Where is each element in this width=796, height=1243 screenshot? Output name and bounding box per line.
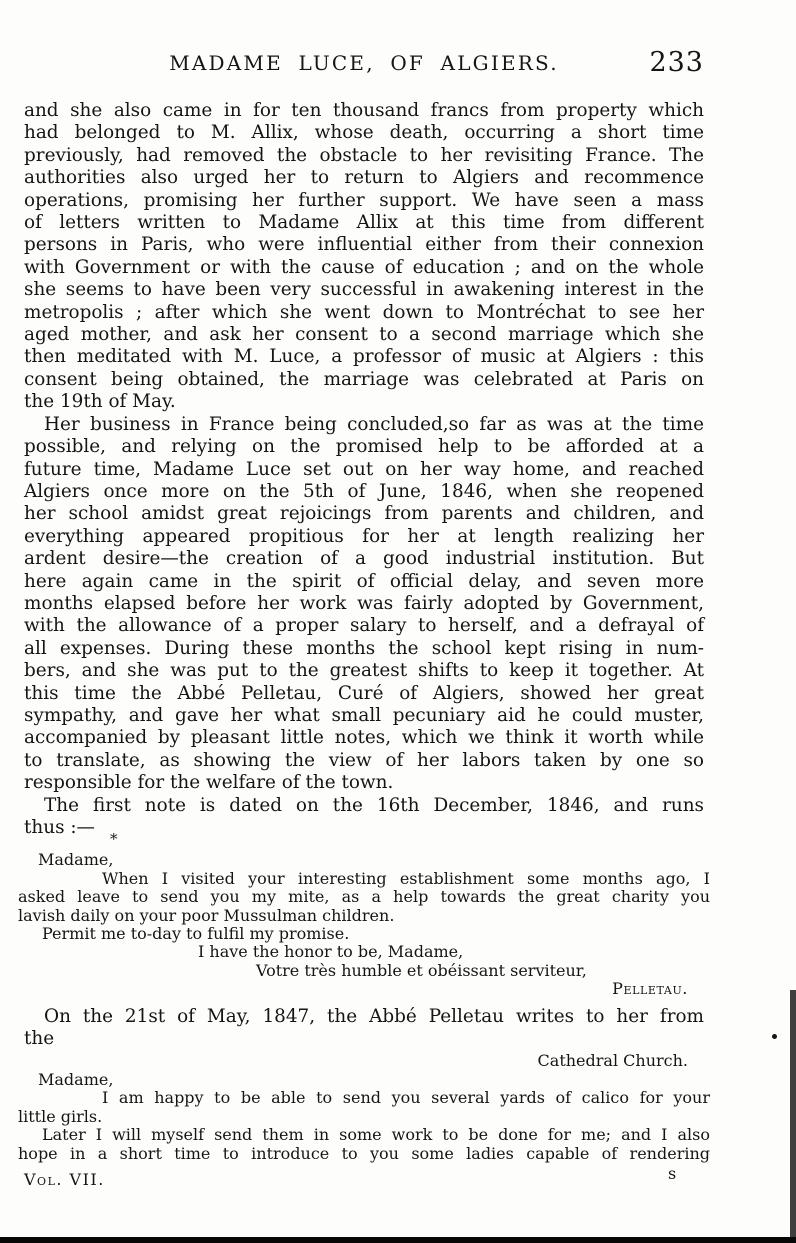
page-header: MADAME LUCE, OF ALGIERS. 233 — [24, 50, 704, 80]
text-line: all expenses. During these months the sc… — [24, 638, 704, 660]
text-line: Votre très humble et obéissant serviteur… — [18, 962, 710, 980]
ink-mark-star: * — [110, 830, 118, 848]
volume-label: Vol. VII. — [24, 1170, 105, 1189]
scan-edge-bottom — [0, 1237, 796, 1243]
text-line: of letters written to Madame Allix at th… — [24, 212, 704, 234]
text-line: operations, promising her further suppor… — [24, 190, 704, 212]
text-line: Cathedral Church. — [18, 1052, 710, 1070]
book-page: MADAME LUCE, OF ALGIERS. 233 and she als… — [0, 0, 796, 1243]
text-line: then meditated with M. Luce, a professor… — [24, 346, 704, 368]
text-line: I have the honor to be, Madame, — [18, 943, 710, 961]
text-line: metropolis ; after which she went down t… — [24, 302, 704, 324]
text-line: sympathy, and gave her what small pecuni… — [24, 705, 704, 727]
text-block: and she also came in for ten thousand fr… — [24, 100, 704, 1163]
text-line: Algiers once more on the 5th of June, 18… — [24, 481, 704, 503]
text-line: thus :— — [24, 817, 704, 839]
text-line: Madame, — [18, 851, 710, 869]
text-line: ardent desire—the creation of a good ind… — [24, 548, 704, 570]
text-line: with the allowance of a proper salary to… — [24, 615, 704, 637]
paragraph-continuation: and she also came in for ten thousand fr… — [24, 100, 704, 414]
ink-dot — [772, 1034, 777, 1039]
page-number: 233 — [649, 47, 704, 78]
text-line: months elapsed before her work was fairl… — [24, 593, 704, 615]
text-line: persons in Paris, who were influential e… — [24, 234, 704, 256]
text-line: she seems to have been very successful i… — [24, 279, 704, 301]
text-line: this time the Abbé Pelletau, Curé of Alg… — [24, 683, 704, 705]
text-line: authorities also urged her to return to … — [24, 167, 704, 189]
text-line: aged mother, and ask her consent to a se… — [24, 324, 704, 346]
text-line: responsible for the welfare of the town. — [24, 772, 704, 794]
text-line: bers, and she was put to the greatest sh… — [24, 660, 704, 682]
text-line: asked leave to send you my mite, as a he… — [18, 888, 710, 906]
text-line: here again came in the spirit of officia… — [24, 571, 704, 593]
text-line: On the 21st of May, 1847, the Abbé Pelle… — [24, 1006, 704, 1028]
text-line: the — [24, 1028, 704, 1050]
letter-pelletau-second: Cathedral Church.Madame,I am happy to be… — [18, 1052, 710, 1162]
text-line: I am happy to be able to send you severa… — [18, 1089, 710, 1107]
text-line: accompanied by pleasant little notes, wh… — [24, 727, 704, 749]
text-line: the 19th of May. — [24, 391, 704, 413]
text-line: with Government or with the cause of edu… — [24, 257, 704, 279]
text-line: Her business in France being concluded,s… — [24, 414, 704, 436]
paragraph-first-note: The first note is dated on the 16th Dece… — [24, 795, 704, 840]
text-line: previously, had removed the obstacle to … — [24, 145, 704, 167]
text-line: lavish daily on your poor Mussulman chil… — [18, 907, 710, 925]
paragraph-her-business: Her business in France being concluded,s… — [24, 414, 704, 795]
text-line: Later I will myself send them in some wo… — [18, 1126, 710, 1144]
text-line: had belonged to M. Allix, whose death, o… — [24, 122, 704, 144]
text-line: hope in a short time to introduce to you… — [18, 1145, 710, 1163]
text-line: future time, Madame Luce set out on her … — [24, 459, 704, 481]
text-line: consent being obtained, the marriage was… — [24, 369, 704, 391]
text-line: Pelletau. — [18, 980, 710, 998]
page-footer: Vol. VII. s — [24, 1170, 704, 1190]
text-line: When I visited your interesting establis… — [18, 870, 710, 888]
text-line: Madame, — [18, 1071, 710, 1089]
text-line: and she also came in for ten thousand fr… — [24, 100, 704, 122]
text-line: everything appeared propitious for her a… — [24, 526, 704, 548]
scan-edge-right — [790, 990, 796, 1243]
signature-mark: s — [668, 1164, 676, 1183]
text-line: The first note is dated on the 16th Dece… — [24, 795, 704, 817]
text-line: to translate, as showing the view of her… — [24, 750, 704, 772]
text-line: Permit me to-day to fulfil my promise. — [18, 925, 710, 943]
letter-pelletau-first: Madame,When I visited your interesting e… — [18, 851, 710, 998]
text-line: little girls. — [18, 1108, 710, 1126]
text-line: possible, and relying on the promised he… — [24, 436, 704, 458]
text-line: her school amidst great rejoicings from … — [24, 503, 704, 525]
paragraph-21st-of-may: On the 21st of May, 1847, the Abbé Pelle… — [24, 1006, 704, 1051]
running-title: MADAME LUCE, OF ALGIERS. — [24, 50, 704, 76]
